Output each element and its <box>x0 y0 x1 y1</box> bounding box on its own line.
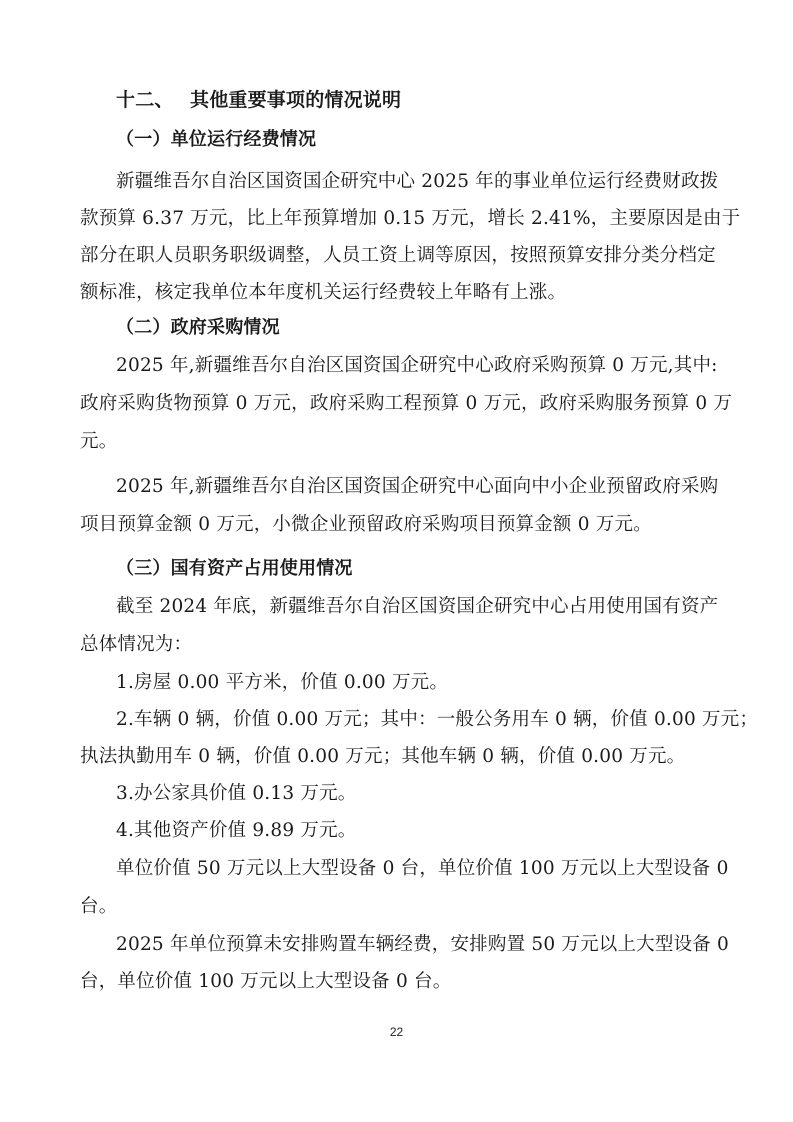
list-item-vehicles: 2.车辆 0 辆，价值 0.00 万元；其中：一般公务用车 0 辆，价值 0.0… <box>116 708 713 732</box>
paragraph-line: 款预算 6.37 万元，比上年预算增加 0.15 万元，增长 2.41%，主要原… <box>80 207 713 231</box>
paragraph-line: 截至 2024 年底，新疆维吾尔自治区国资国企研究中心占用使用国有资产 <box>116 595 713 619</box>
list-item-furniture: 3.办公家具价值 0.13 万元。 <box>116 782 713 806</box>
subsection-heading-operating-expenses: （一）单位运行经费情况 <box>116 128 749 152</box>
paragraph-line: 新疆维吾尔自治区国资国企研究中心 2025 年的事业单位运行经费财政拨 <box>116 170 713 194</box>
paragraph-line: 单位价值 50 万元以上大型设备 0 台，单位价值 100 万元以上大型设备 0 <box>116 857 713 881</box>
section-title: 其他重要事项的情况说明 <box>190 89 401 111</box>
paragraph-line: 部分在职人员职务职级调整，人员工资上调等原因，按照预算安排分类分档定 <box>80 244 713 268</box>
paragraph-line: 2025 年单位预算未安排购置车辆经费，安排购置 50 万元以上大型设备 0 <box>116 933 713 957</box>
paragraph-line: 政府采购货物预算 0 万元，政府采购工程预算 0 万元，政府采购服务预算 0 万 <box>80 392 713 416</box>
section-heading: 十二、其他重要事项的情况说明 <box>116 88 749 112</box>
list-item-other-assets: 4.其他资产价值 9.89 万元。 <box>116 819 713 843</box>
paragraph-line: 2025 年,新疆维吾尔自治区国资国企研究中心面向中小企业预留政府采购 <box>116 475 713 499</box>
document-page: 十二、其他重要事项的情况说明 （一）单位运行经费情况 新疆维吾尔自治区国资国企研… <box>0 0 793 1122</box>
list-item-housing: 1.房屋 0.00 平方米，价值 0.00 万元。 <box>116 671 713 695</box>
paragraph-line: 总体情况为： <box>80 633 713 657</box>
page-number: 22 <box>0 1025 793 1039</box>
paragraph-line: 台，单位价值 100 万元以上大型设备 0 台。 <box>80 970 713 994</box>
paragraph-line: 元。 <box>80 430 713 454</box>
paragraph-line: 项目预算金额 0 万元，小微企业预留政府采购项目预算金额 0 万元。 <box>80 513 713 537</box>
paragraph-line: 2025 年,新疆维吾尔自治区国资国企研究中心政府采购预算 0 万元,其中: <box>116 354 713 378</box>
paragraph-line: 执法执勤用车 0 辆，价值 0.00 万元；其他车辆 0 辆，价值 0.00 万… <box>80 745 713 769</box>
section-number: 十二、 <box>116 88 190 112</box>
subsection-heading-procurement: （二）政府采购情况 <box>116 316 749 340</box>
paragraph-line: 台。 <box>80 895 713 919</box>
subsection-heading-state-assets: （三）国有资产占用使用情况 <box>116 557 749 581</box>
paragraph-line: 额标准，核定我单位本年度机关运行经费较上年略有上涨。 <box>80 281 713 305</box>
